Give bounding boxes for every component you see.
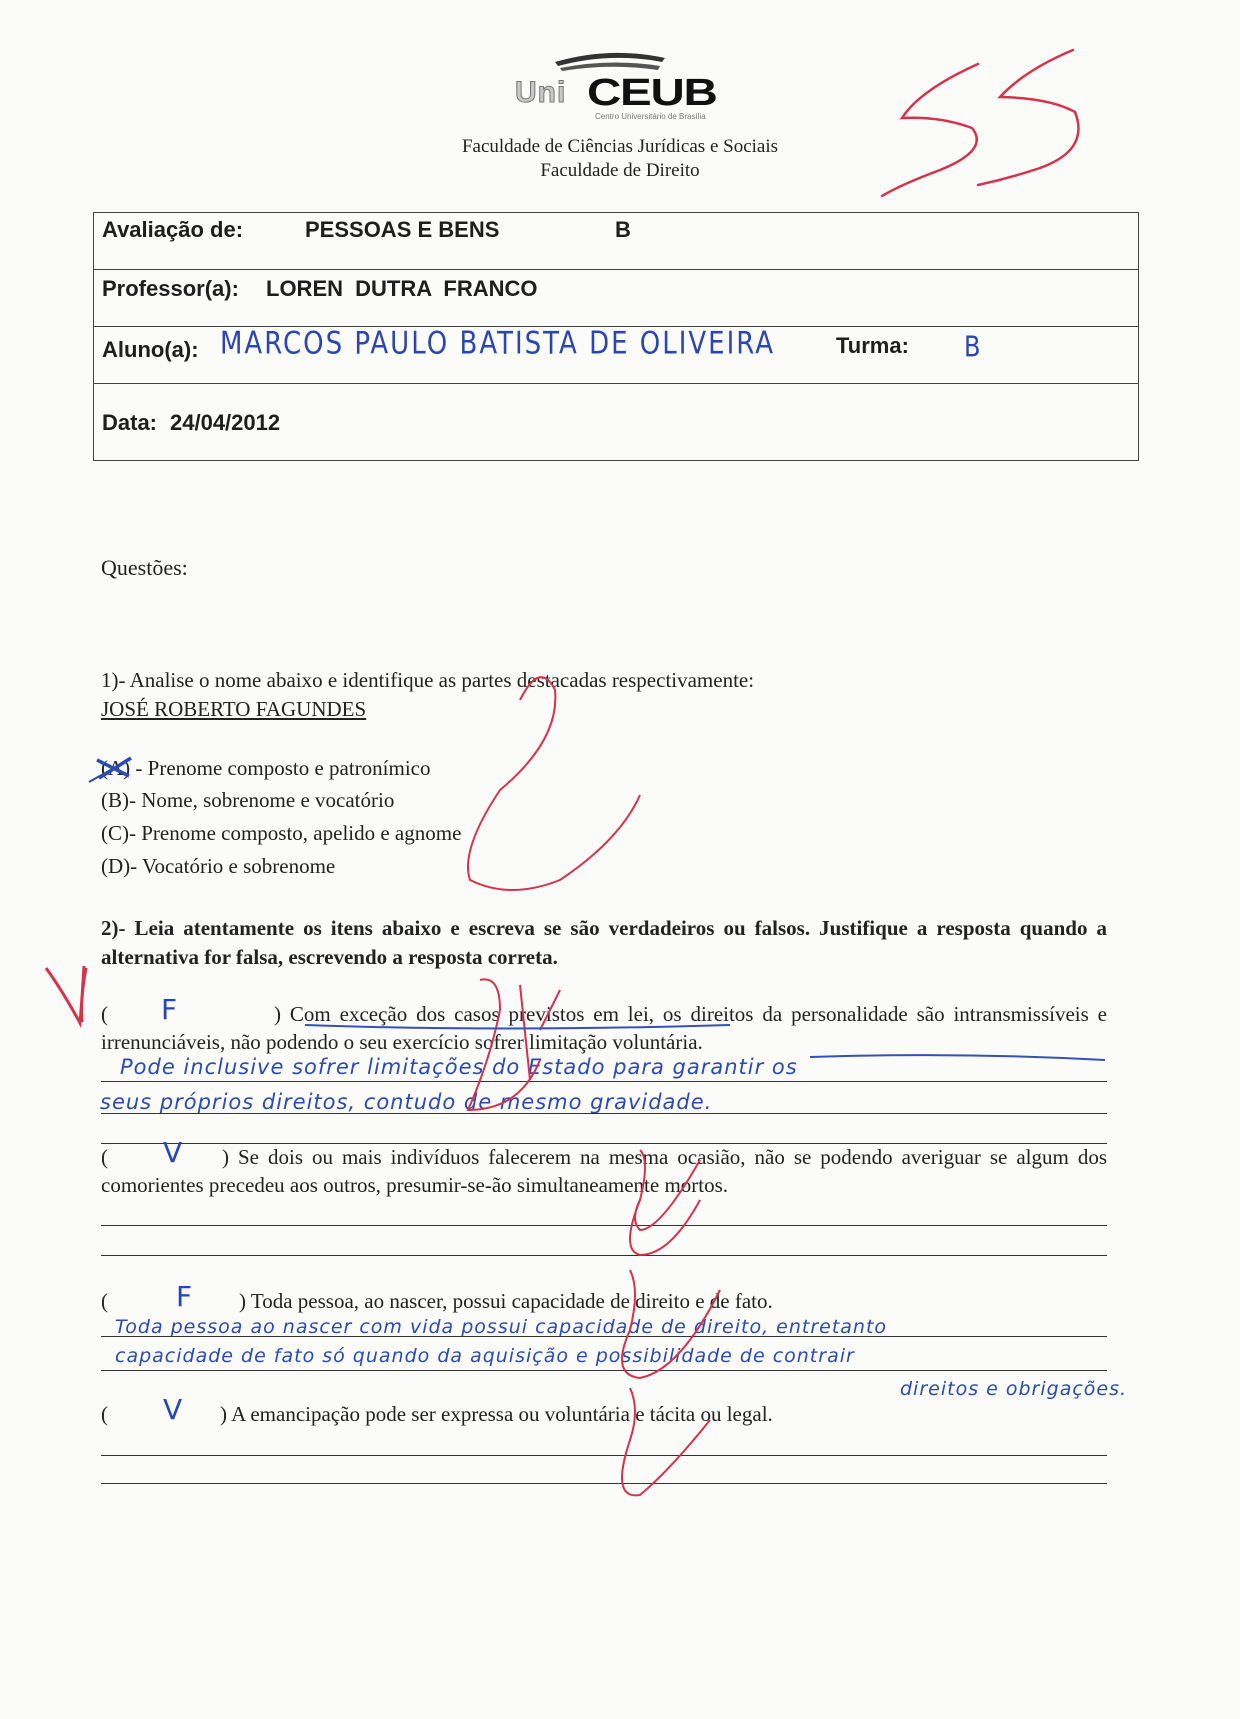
option-c-letter: (C) [101,821,129,845]
option-c-text: - Prenome composto, apelido e agnome [129,821,461,845]
turma-value: B [964,330,982,364]
item-1-correct-mark-icon [280,980,284,1001]
questions-heading: Questões: [101,555,188,581]
tf-item-1-justification-1: Pode inclusive sofrer limitações do Esta… [120,1055,798,1079]
answer-line [101,1455,1107,1456]
tf-item-1-justification-2: seus próprios direitos, contudo de mesmo… [100,1090,712,1114]
option-a-text: - Prenome composto e patronímico [135,756,430,780]
tf-item-4-answer: V [163,1396,182,1424]
question-1-name: JOSÉ ROBERTO FAGUNDES [101,697,366,722]
tf-item-2-text: Se dois ou mais indivíduos falecerem na … [101,1145,1107,1197]
logo-swoosh-icon [550,50,670,72]
answer-line [101,1370,1107,1371]
tf-item-4-text: A emancipação pode ser expressa ou volun… [231,1402,773,1426]
professor-label: Professor(a): [102,276,239,302]
margin-check-icon [46,966,86,1023]
option-d-letter: (D) [101,854,130,878]
option-d-text: - Vocatório e sobrenome [130,854,335,878]
answer-line [101,1483,1107,1484]
answer-line [101,1113,1107,1114]
avaliacao-value: PESSOAS E BENS [305,217,499,243]
question-2-prompt: 2)- Leia atentamente os itens abaixo e e… [101,914,1107,972]
tf-item-4-answer-box[interactable]: (V) [101,1400,227,1428]
row-professor: Professor(a): LOREN DUTRA FRANCO [94,270,1138,327]
tf-item-3-justification-2: capacidade de fato só quando da aquisiçã… [115,1345,855,1367]
exam-version: B [615,217,631,243]
logo-subtitle: Centro Universitário de Brasília [595,112,706,121]
avaliacao-label: Avaliação de: [102,217,243,243]
logo-uni-text: Uni [515,76,566,110]
tf-item-2-answer: V [163,1139,182,1167]
tf-item-3-justification-3: direitos e obrigações. [900,1378,1127,1400]
faculty-line-2: Faculdade de Direito [0,160,1240,182]
exam-info-box: Avaliação de: PESSOAS E BENS B Professor… [93,212,1139,461]
logo-ceub-text: CEUB [587,72,717,115]
tf-item-1: (F) Com exceção dos casos previstos em l… [101,1000,1107,1056]
tf-item-3-justification-1: Toda pessoa ao nascer com vida possui ca… [115,1316,887,1338]
tf-item-1-answer-box[interactable]: (F) [101,1000,281,1028]
aluno-value: MARCOS PAULO BATISTA DE OLIVEIRA [220,326,775,362]
option-a-letter: (A) [101,756,135,780]
data-value: 24/04/2012 [170,410,280,436]
tf-item-2-answer-box[interactable]: (V) [101,1143,229,1171]
answer-line [101,1336,1107,1337]
faculty-line-1: Faculdade de Ciências Jurídicas e Sociai… [0,136,1240,158]
tf-item-2: (V) Se dois ou mais indivíduos falecerem… [101,1143,1107,1199]
option-b[interactable]: (B)- Nome, sobrenome e vocatório [101,788,394,813]
option-b-text: - Nome, sobrenome e vocatório [129,788,394,812]
aluno-label: Aluno(a): [102,337,199,363]
tf-item-4: (V) A emancipação pode ser expressa ou v… [101,1400,1107,1428]
tf-item-3: (F) Toda pessoa, ao nascer, possui capac… [101,1287,1107,1315]
uniceub-logo: Uni CEUB Centro Universitário de Brasíli… [515,50,725,120]
answer-line [101,1081,1107,1082]
data-label: Data: [102,410,157,436]
option-c[interactable]: (C)- Prenome composto, apelido e agnome [101,821,461,846]
question-1-correct-mark-icon [468,677,640,890]
option-d[interactable]: (D)- Vocatório e sobrenome [101,854,335,879]
tf-item-3-answer: F [176,1283,192,1311]
answer-line [101,1255,1107,1256]
professor-value: LOREN DUTRA FRANCO [266,276,538,302]
turma-label: Turma: [836,333,909,359]
answer-line [101,1225,1107,1226]
question-1-prompt: 1)- Analise o nome abaixo e identifique … [101,668,754,693]
option-b-letter: (B) [101,788,129,812]
row-avaliacao: Avaliação de: PESSOAS E BENS B [94,213,1138,270]
row-data: Data: 24/04/2012 [94,384,1138,460]
tf-item-3-text: Toda pessoa, ao nascer, possui capacidad… [251,1289,773,1313]
row-aluno: Aluno(a): MARCOS PAULO BATISTA DE OLIVEI… [94,327,1138,384]
option-a[interactable]: (A) - Prenome composto e patronímico [101,756,431,781]
tf-item-3-answer-box[interactable]: (F) [101,1287,246,1315]
tf-item-1-answer: F [161,996,177,1024]
cross-mark-icon [87,754,147,784]
